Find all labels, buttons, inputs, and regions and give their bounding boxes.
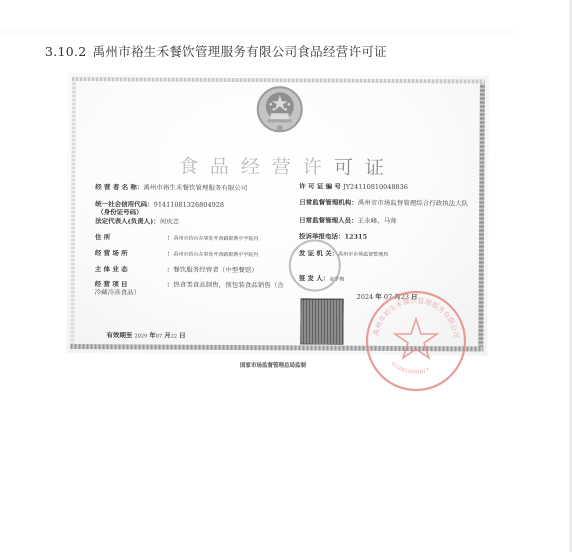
certificate-title: 食品经营许可证	[172, 152, 402, 180]
field-supervision-agency: 日常监督管理机构：禹州市市场监督管理综合行政执法大队	[299, 198, 489, 207]
field-supervision-personnel: 日常监督管理人员：王永峰、马帅	[299, 216, 397, 225]
company-seal-icon: 禹州市裕生禾餐饮管理服务有限公司 4110810091817	[364, 289, 468, 393]
field-operator-name: 经 营 者 名 称：禹州市裕生禾餐饮管理服务有限公司	[95, 183, 247, 192]
field-address: 住 所：禹州市钧台办事处开西路职教中学院内	[95, 233, 259, 243]
valid-until: 有效期至 2029 年07 月22 日	[106, 331, 185, 340]
field-business-items: 经 营 项 目：热食类食品制售，预包装食品销售（含冷藏冷冻食品）	[95, 280, 285, 297]
section-number: 3.10.2	[45, 44, 87, 59]
svg-text:4110810091817: 4110810091817	[389, 361, 430, 376]
field-business-type: 主 体 业 态：餐饮服务经营者（中型餐馆）	[95, 265, 258, 274]
field-legal-representative: 法定代表人(负责人)：何庆志	[95, 217, 179, 226]
issuing-authority-seal	[289, 239, 341, 291]
field-business-premises: 经 营 场 所：禹州市钧台办事处开西路职教中学院内	[95, 249, 259, 259]
certificate-footer: 国家市场监督管理总局监制	[240, 361, 306, 369]
section-heading: 3.10.2禹州市裕生禾餐饮管理服务有限公司食品经营许可证	[45, 42, 387, 60]
section-title: 禹州市裕生禾餐饮管理服务有限公司食品经营许可证	[93, 44, 387, 59]
field-id-number: （身份证号码）	[97, 208, 143, 216]
field-license-number: 许 可 证 编 号 JY24110810048836	[299, 182, 408, 191]
qr-code	[300, 298, 343, 344]
page-top-band	[0, 28, 514, 36]
national-emblem-icon	[254, 84, 306, 136]
